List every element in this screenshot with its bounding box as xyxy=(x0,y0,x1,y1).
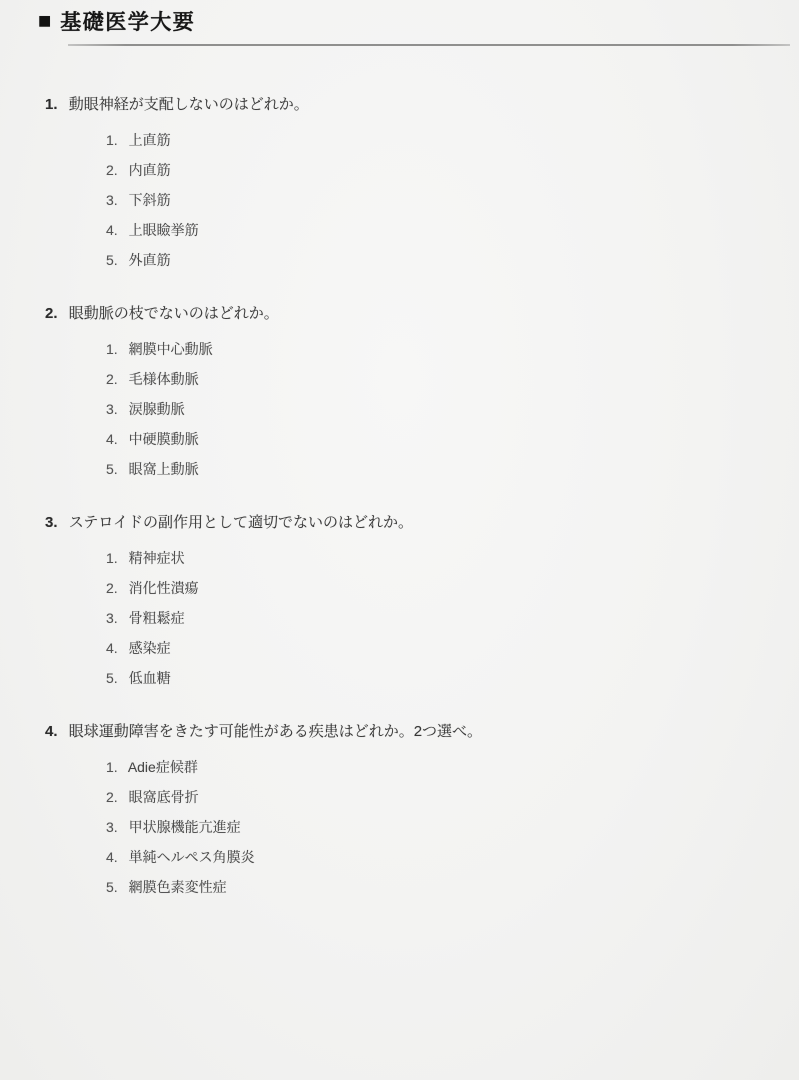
option-label: 眼窩底骨折 xyxy=(129,789,199,805)
option-label: 感染症 xyxy=(129,640,171,656)
header-divider xyxy=(68,44,790,46)
option-number: 1. xyxy=(106,132,118,148)
option-number: 2. xyxy=(106,789,118,805)
answer-option: 1. 精神症状 xyxy=(106,543,799,573)
question-text: 眼球運動障害をきたす可能性がある疾患はどれか。2つ選べ。 xyxy=(69,723,482,740)
question-text-line: 4. 眼球運動障害をきたす可能性がある疾患はどれか。2つ選べ。 xyxy=(0,722,799,742)
option-number: 5. xyxy=(106,670,118,686)
options-list: 1. 網膜中心動脈 2. 毛様体動脈 3. 涙腺動脈 4. 中硬膜動脈 5. 眼… xyxy=(0,334,799,484)
question-block: 2. 眼動脈の枝でないのはどれか。 1. 網膜中心動脈 2. 毛様体動脈 3. … xyxy=(0,304,799,484)
answer-option: 2. 内直筋 xyxy=(106,155,799,185)
answer-option: 3. 下斜筋 xyxy=(106,185,799,215)
question-number: 1. xyxy=(45,96,58,113)
question-text: 動眼神経が支配しないのはどれか。 xyxy=(69,96,309,113)
option-number: 3. xyxy=(106,610,118,626)
option-label: 上直筋 xyxy=(129,132,171,148)
option-label: 網膜色素変性症 xyxy=(129,879,227,895)
question-block: 1. 動眼神経が支配しないのはどれか。 1. 上直筋 2. 内直筋 3. 下斜筋… xyxy=(0,95,799,275)
answer-option: 3. 骨粗鬆症 xyxy=(106,603,799,633)
answer-option: 4. 単純ヘルペス角膜炎 xyxy=(106,842,799,872)
answer-option: 5. 眼窩上動脈 xyxy=(106,454,799,484)
question-number: 4. xyxy=(45,723,58,740)
question-number: 2. xyxy=(45,305,58,322)
option-label: 外直筋 xyxy=(129,252,171,268)
option-number: 2. xyxy=(106,580,118,596)
question-block: 3. ステロイドの副作用として適切でないのはどれか。 1. 精神症状 2. 消化… xyxy=(0,513,799,693)
option-label: 中硬膜動脈 xyxy=(129,431,199,447)
answer-option: 5. 網膜色素変性症 xyxy=(106,872,799,902)
option-number: 4. xyxy=(106,431,118,447)
answer-option: 4. 感染症 xyxy=(106,633,799,663)
option-label: 骨粗鬆症 xyxy=(129,610,185,626)
option-label: 網膜中心動脈 xyxy=(129,341,213,357)
options-list: 1. 精神症状 2. 消化性潰瘍 3. 骨粗鬆症 4. 感染症 5. 低血糖 xyxy=(0,543,799,693)
option-number: 5. xyxy=(106,252,118,268)
option-number: 4. xyxy=(106,222,118,238)
answer-option: 2. 毛様体動脈 xyxy=(106,364,799,394)
question-number: 3. xyxy=(45,514,58,531)
option-label: 上眼瞼挙筋 xyxy=(129,222,199,238)
option-number: 2. xyxy=(106,162,118,178)
document-page: ■ 基礎医学大要 1. 動眼神経が支配しないのはどれか。 1. 上直筋 2. 内… xyxy=(0,0,799,1080)
option-number: 4. xyxy=(106,849,118,865)
option-number: 3. xyxy=(106,401,118,417)
option-number: 2. xyxy=(106,371,118,387)
option-label: 低血糖 xyxy=(129,670,171,686)
answer-option: 5. 外直筋 xyxy=(106,245,799,275)
option-label: 下斜筋 xyxy=(129,192,171,208)
option-label: 内直筋 xyxy=(129,162,171,178)
questions-list: 1. 動眼神経が支配しないのはどれか。 1. 上直筋 2. 内直筋 3. 下斜筋… xyxy=(0,95,799,902)
option-label: Adie症候群 xyxy=(128,759,198,775)
option-number: 1. xyxy=(106,759,118,775)
option-number: 1. xyxy=(106,341,118,357)
option-number: 5. xyxy=(106,461,118,477)
answer-option: 2. 眼窩底骨折 xyxy=(106,782,799,812)
answer-option: 2. 消化性潰瘍 xyxy=(106,573,799,603)
question-text-line: 2. 眼動脈の枝でないのはどれか。 xyxy=(0,304,799,324)
answer-option: 4. 中硬膜動脈 xyxy=(106,424,799,454)
answer-option: 4. 上眼瞼挙筋 xyxy=(106,215,799,245)
question-text: ステロイドの副作用として適切でないのはどれか。 xyxy=(69,514,413,531)
option-label: 毛様体動脈 xyxy=(129,371,199,387)
answer-option: 1. 上直筋 xyxy=(106,125,799,155)
question-text: 眼動脈の枝でないのはどれか。 xyxy=(69,305,279,322)
question-block: 4. 眼球運動障害をきたす可能性がある疾患はどれか。2つ選べ。 1. Adie症… xyxy=(0,722,799,902)
option-label: 単純ヘルペス角膜炎 xyxy=(129,849,255,865)
option-label: 精神症状 xyxy=(129,550,185,566)
page-title: 基礎医学大要 xyxy=(60,6,195,36)
option-number: 5. xyxy=(106,879,118,895)
section-title-line: ■ 基礎医学大要 xyxy=(38,7,799,35)
answer-option: 1. Adie症候群 xyxy=(106,752,799,782)
options-list: 1. Adie症候群 2. 眼窩底骨折 3. 甲状腺機能亢進症 4. 単純ヘルペ… xyxy=(0,752,799,902)
question-text-line: 1. 動眼神経が支配しないのはどれか。 xyxy=(0,95,799,115)
option-label: 甲状腺機能亢進症 xyxy=(129,819,241,835)
option-number: 3. xyxy=(106,192,118,208)
answer-option: 3. 涙腺動脈 xyxy=(106,394,799,424)
page-header: ■ 基礎医学大要 xyxy=(0,0,799,46)
answer-option: 5. 低血糖 xyxy=(106,663,799,693)
answer-option: 1. 網膜中心動脈 xyxy=(106,334,799,364)
question-text-line: 3. ステロイドの副作用として適切でないのはどれか。 xyxy=(0,513,799,533)
square-bullet-icon: ■ xyxy=(38,10,51,32)
options-list: 1. 上直筋 2. 内直筋 3. 下斜筋 4. 上眼瞼挙筋 5. 外直筋 xyxy=(0,125,799,275)
option-label: 眼窩上動脈 xyxy=(129,461,199,477)
option-number: 3. xyxy=(106,819,118,835)
option-number: 4. xyxy=(106,640,118,656)
option-label: 消化性潰瘍 xyxy=(129,580,199,596)
option-number: 1. xyxy=(106,550,118,566)
option-label: 涙腺動脈 xyxy=(129,401,185,417)
answer-option: 3. 甲状腺機能亢進症 xyxy=(106,812,799,842)
